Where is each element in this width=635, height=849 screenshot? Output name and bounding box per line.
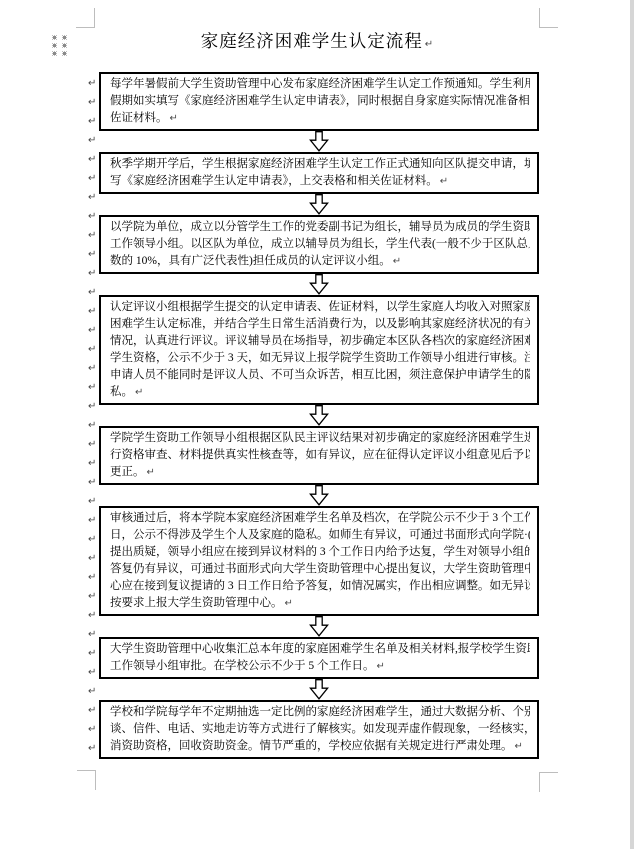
crop-mark-bottom-left-icon	[77, 770, 96, 790]
flow-step-6-line-1: 审核通过后，将本学院本家庭经济困难学生名单及档次，在学院公示不少于 3 个工作	[110, 510, 530, 527]
paragraph-mark: ↵	[440, 176, 448, 187]
window-edge-strip	[630, 0, 634, 849]
flow-step-8-line-2: 谈、信件、电话、实地走访等方式进行了解核实。如发现弄虚作假现象，一经核实，取	[110, 721, 530, 738]
flow-step-5-line-2: 行资格审查、材料提供真实性核查等，如有异议，应在征得认定评议小组意见后予以	[110, 447, 530, 464]
paragraph-mark: ↵	[135, 387, 143, 398]
flow-step-6-line-3: 提出质疑，领导小组应在接到异议材料的 3 个工作日内给予达复，学生对领导小组的	[110, 544, 530, 561]
flow-step-3-line-1: 以学院为单位，成立以分管学生工作的党委副书记为组长，辅导员为成员的学生资助	[110, 219, 530, 236]
document-page: 家庭经济困难学生认定流程↵ ↵↵↵↵↵↵↵↵↵↵↵↵↵↵↵↵↵↵↵↵↵↵↵↵↵↵…	[0, 0, 635, 849]
paragraph-mark: ↵	[170, 113, 178, 124]
flow-connector-5[interactable]	[309, 485, 329, 506]
paragraph-mark: ↵	[285, 598, 293, 609]
flow-step-7-line-2: 工作领导小组审批。在学校公示不少于 5 个工作日。↵	[110, 658, 530, 675]
flow-step-4[interactable]: 认定评议小组根据学生提交的认定申请表、佐证材料，以学生家庭人均收入对照家庭困难学…	[99, 295, 539, 405]
flow-step-5[interactable]: 学院学生资助工作领导小组根据区队民主评议结果对初步确定的家庭经济困难学生进行资格…	[99, 426, 539, 485]
flow-step-6-line-4: 答复仍有异议，可通过书面形式向大学生资助管理中心提出复议，大学生资助管理中	[110, 561, 530, 578]
flow-step-4-line-5: 申请人员不能同时是评议人员、不可当众诉苦，相互比困，须注意保护申请学生的隐	[110, 367, 530, 384]
flow-connector-1[interactable]	[309, 131, 329, 152]
flow-step-3-line-3: 数的 10%，具有广泛代表性)担任成员的认定评议小组。↵	[110, 253, 530, 270]
paragraph-mark: ↵	[147, 467, 155, 478]
down-arrow-icon	[309, 405, 329, 426]
paragraph-mark: ↵	[515, 741, 523, 752]
flowchart: 每学年暑假前大学生资助管理中心发布家庭经济困难学生认定工作预通知。学生利用假期如…	[99, 72, 539, 759]
flow-step-4-line-1: 认定评议小组根据学生提交的认定申请表、佐证材料，以学生家庭人均收入对照家庭	[110, 299, 530, 316]
flow-step-5-line-1: 学院学生资助工作领导小组根据区队民主评议结果对初步确定的家庭经济困难学生进	[110, 430, 530, 447]
flow-step-6-line-2: 日，公示不得涉及学生个人及家庭的隐私。如师生有异议，可通过书面形式向学院·(部)…	[110, 527, 530, 544]
down-arrow-icon	[309, 679, 329, 700]
flow-step-4-line-6: 私。↵	[110, 384, 530, 401]
down-arrow-icon	[309, 194, 329, 215]
flow-connector-7[interactable]	[309, 679, 329, 700]
paragraph-mark: ↵	[393, 256, 401, 267]
flow-step-6-line-5: 心应在接到复议提请的 3 日工作日给予答复，如情况属实，作出相应调整。如无异议，	[110, 578, 530, 595]
flow-step-6[interactable]: 审核通过后，将本学院本家庭经济困难学生名单及档次，在学院公示不少于 3 个工作日…	[99, 506, 539, 616]
flow-step-1-line-3: 佐证材料。↵	[110, 110, 530, 127]
flow-step-4-line-4: 学生资格，公示不少于 3 天，如无异议上报学院学生资助工作领导小组进行审核。注:	[110, 350, 530, 367]
flow-step-1-line-1: 每学年暑假前大学生资助管理中心发布家庭经济困难学生认定工作预通知。学生利用	[110, 76, 530, 93]
flow-connector-6[interactable]	[309, 616, 329, 637]
flow-step-8[interactable]: 学校和学院每学年不定期抽选一定比例的家庭经济困难学生，通过大数据分析、个别访谈、…	[99, 700, 539, 759]
paragraph-mark: ↵	[377, 661, 385, 672]
flow-step-7-line-1: 大学生资助管理中心收集汇总本年度的家庭困难学生名单及相关材料,报学校学生资助	[110, 641, 530, 658]
down-arrow-icon	[309, 616, 329, 637]
flow-step-4-line-2: 困难学生认定标准，并结合学生日常生活消费行为，以及影响其家庭经济状况的有关	[110, 316, 530, 333]
flow-step-8-line-3: 消资助资格，回收资助资金。情节严重的，学校应依据有关规定进行严肃处理。↵	[110, 738, 530, 755]
down-arrow-icon	[309, 485, 329, 506]
flow-connector-2[interactable]	[309, 194, 329, 215]
flow-step-2-line-1: 秋季学期开学后，学生根据家庭经济困难学生认定工作正式通知向区队提交申请，填	[110, 156, 530, 173]
down-arrow-icon	[309, 274, 329, 295]
crop-mark-bottom-right-icon	[539, 772, 558, 792]
flow-step-4-line-3: 情况，认真进行评议。评议辅导员在场指导，初步确定本区队各档次的家庭经济困难	[110, 333, 530, 350]
flow-step-8-line-1: 学校和学院每学年不定期抽选一定比例的家庭经济困难学生，通过大数据分析、个别访	[110, 704, 530, 721]
document-title-row: 家庭经济困难学生认定流程↵	[0, 28, 635, 53]
flow-step-5-line-3: 更正。↵	[110, 464, 530, 481]
flow-connector-4[interactable]	[309, 405, 329, 426]
flow-step-7[interactable]: 大学生资助管理中心收集汇总本年度的家庭困难学生名单及相关材料,报学校学生资助工作…	[99, 637, 539, 679]
down-arrow-icon	[309, 131, 329, 152]
flow-step-2[interactable]: 秋季学期开学后，学生根据家庭经济困难学生认定工作正式通知向区队提交申请，填写《家…	[99, 152, 539, 194]
crop-mark-top-left-icon	[76, 8, 95, 28]
flow-step-1[interactable]: 每学年暑假前大学生资助管理中心发布家庭经济困难学生认定工作预通知。学生利用假期如…	[99, 72, 539, 131]
crop-mark-top-right-icon	[539, 8, 558, 28]
flow-step-3-line-2: 工作领导小组。以区队为单位，成立以辅导员为组长，学生代表(一般不少于区队总人	[110, 236, 530, 253]
flow-step-6-line-6: 按要求上报大学生资助管理中心。↵	[110, 595, 530, 612]
flow-step-2-line-2: 写《家庭经济困难学生认定申请表》，上交表格和相关佐证材料。↵	[110, 173, 530, 190]
document-title: 家庭经济困难学生认定流程	[201, 31, 423, 51]
flow-step-3[interactable]: 以学院为单位，成立以分管学生工作的党委副书记为组长，辅导员为成员的学生资助工作领…	[99, 215, 539, 274]
paragraph-mark: ↵	[425, 39, 434, 50]
flow-step-1-line-2: 假期如实填写《家庭经济困难学生认定申请表》，同时根据自身家庭实际情况准备相关	[110, 93, 530, 110]
flow-connector-3[interactable]	[309, 274, 329, 295]
